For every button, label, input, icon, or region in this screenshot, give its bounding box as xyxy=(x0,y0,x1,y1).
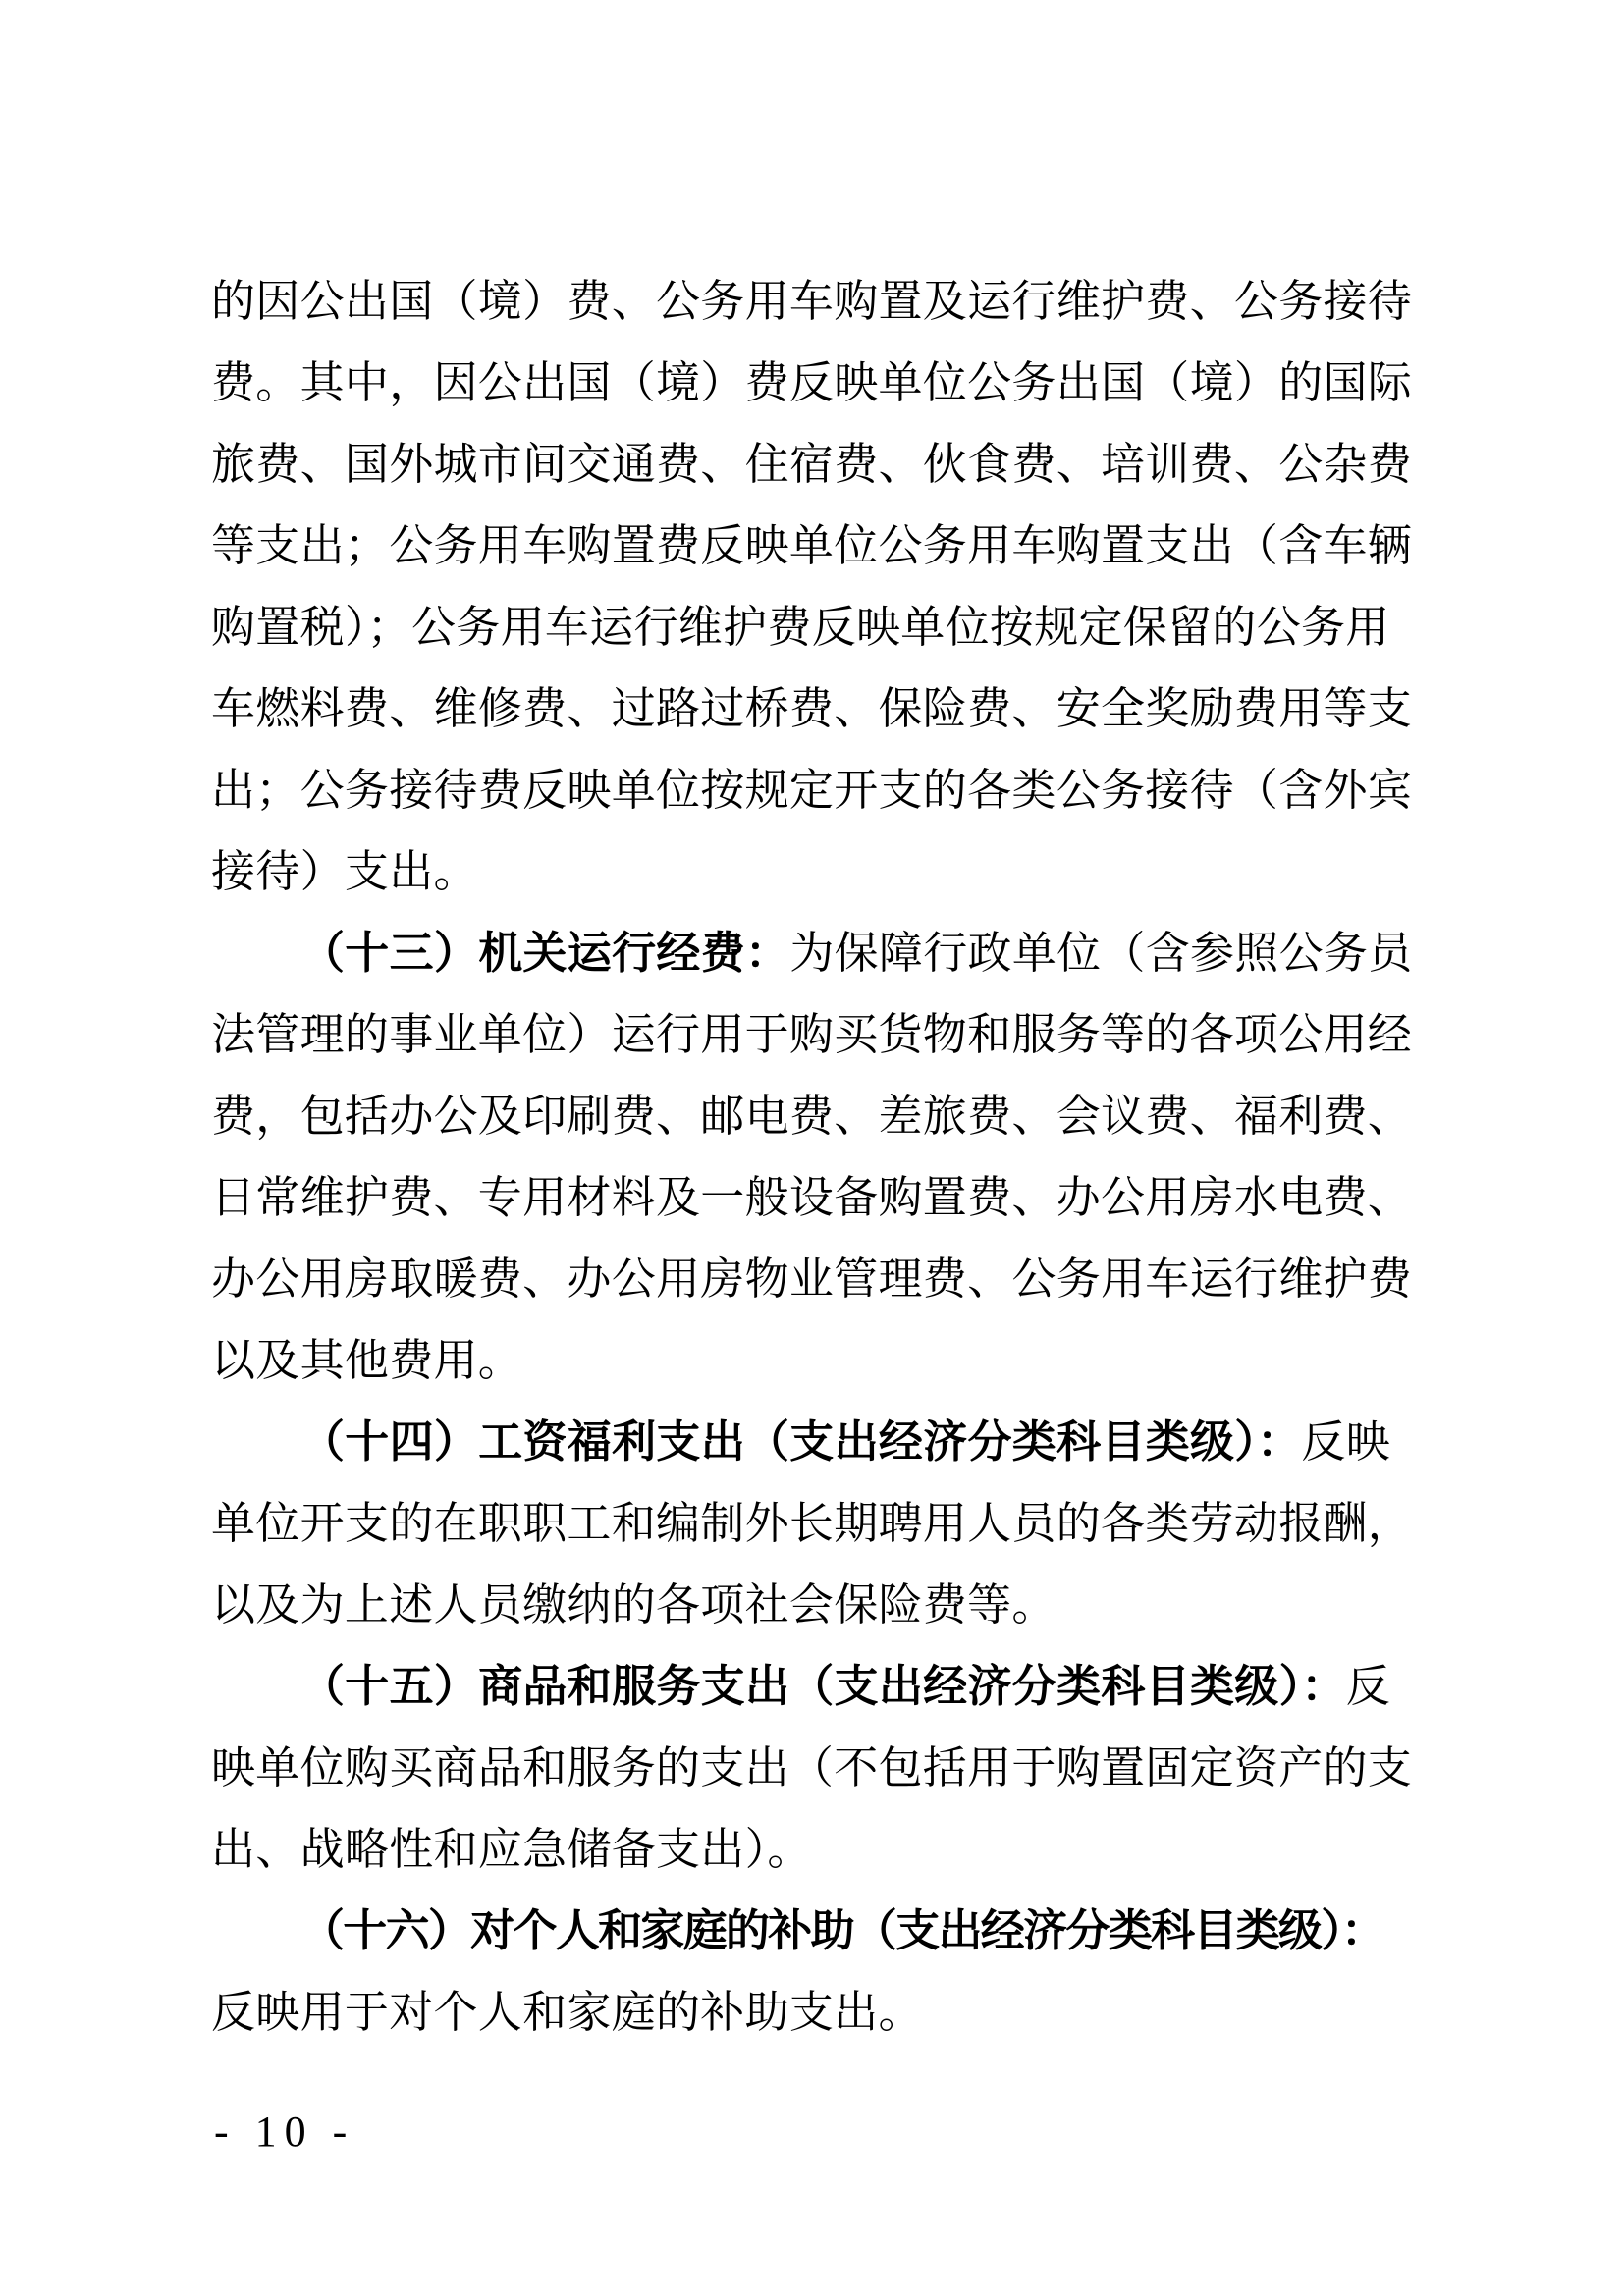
body-text-run: 购置税）；公务用车运行维护费反映单位按规定保留的公务用 xyxy=(211,603,1390,652)
text-line: 购置税）；公务用车运行维护费反映单位按规定保留的公务用 xyxy=(211,587,1415,668)
document-body: 的因公出国（境）费、公务用车购置及运行维护费、公务接待费。其中，因公出国（境）费… xyxy=(211,261,1415,2054)
body-text-run: 反 xyxy=(1346,1662,1390,1711)
text-line: （十三）机关运行经费：为保障行政单位（含参照公务员 xyxy=(211,913,1415,994)
text-line: 的因公出国（境）费、公务用车购置及运行维护费、公务接待 xyxy=(211,261,1415,343)
body-text-run: 法管理的事业单位）运行用于购买货物和服务等的各项公用经 xyxy=(211,1010,1412,1059)
body-text-run: 出；公务接待费反映单位按规定开支的各类公务接待（含外宾 xyxy=(211,766,1412,815)
text-line: 出、战略性和应急储备支出）。 xyxy=(211,1809,1415,1891)
body-text-run: 反映用于对个人和家庭的补助支出。 xyxy=(211,1988,923,2037)
body-text-run: 等支出；公务用车购置费反映单位公务用车购置支出（含车辆 xyxy=(211,521,1412,570)
body-text-run: 映单位购买商品和服务的支出（不包括用于购置固定资产的支 xyxy=(211,1743,1412,1792)
body-text-run: 日常维护费、专用材料及一般设备购置费、办公用房水电费、 xyxy=(211,1173,1412,1222)
text-line: 车燃料费、维修费、过路过桥费、保险费、安全奖励费用等支 xyxy=(211,668,1415,750)
body-text-run: 反映 xyxy=(1301,1417,1390,1467)
text-line: 费。其中，因公出国（境）费反映单位公务出国（境）的国际 xyxy=(211,343,1415,424)
text-line: （十四）工资福利支出（支出经济分类科目类级）：反映 xyxy=(211,1402,1415,1483)
body-text-run: 车燃料费、维修费、过路过桥费、保险费、安全奖励费用等支 xyxy=(211,684,1412,733)
body-text-run: 的因公出国（境）费、公务用车购置及运行维护费、公务接待 xyxy=(211,277,1412,326)
text-line: 等支出；公务用车购置费反映单位公务用车购置支出（含车辆 xyxy=(211,506,1415,587)
heading-text: （十六）对个人和家庭的补助（支出经济分类科目类级）： xyxy=(300,1906,1383,1955)
text-line: 反映用于对个人和家庭的补助支出。 xyxy=(211,1972,1415,2054)
heading-text: （十四）工资福利支出（支出经济分类科目类级）： xyxy=(300,1417,1301,1467)
body-text-run: 为保障行政单位（含参照公务员 xyxy=(789,929,1412,978)
page-number: - 10 - xyxy=(214,2110,354,2154)
text-line: 以及为上述人员缴纳的各项社会保险费等。 xyxy=(211,1565,1415,1646)
heading-text: （十五）商品和服务支出（支出经济分类科目类级）： xyxy=(300,1662,1346,1711)
body-text-run: 接待）支出。 xyxy=(211,847,478,896)
text-line: 办公用房取暖费、办公用房物业管理费、公务用车运行维护费 xyxy=(211,1239,1415,1320)
body-text-run: 以及为上述人员缴纳的各项社会保险费等。 xyxy=(211,1580,1056,1629)
text-line: 出；公务接待费反映单位按规定开支的各类公务接待（含外宾 xyxy=(211,750,1415,831)
text-line: 费，包括办公及印刷费、邮电费、差旅费、会议费、福利费、 xyxy=(211,1076,1415,1157)
text-line: 以及其他费用。 xyxy=(211,1320,1415,1402)
heading-text: （十三）机关运行经费： xyxy=(300,929,789,978)
body-text-run: 出、战略性和应急储备支出）。 xyxy=(211,1825,812,1874)
text-line: （十六）对个人和家庭的补助（支出经济分类科目类级）： xyxy=(211,1891,1415,1972)
text-line: 旅费、国外城市间交通费、住宿费、伙食费、培训费、公杂费 xyxy=(211,424,1415,506)
text-line: 法管理的事业单位）运行用于购买货物和服务等的各项公用经 xyxy=(211,994,1415,1076)
text-line: 单位开支的在职职工和编制外长期聘用人员的各类劳动报酬， xyxy=(211,1483,1415,1565)
text-line: 映单位购买商品和服务的支出（不包括用于购置固定资产的支 xyxy=(211,1728,1415,1809)
body-text-run: 费。其中，因公出国（境）费反映单位公务出国（境）的国际 xyxy=(211,358,1412,407)
document-page: 的因公出国（境）费、公务用车购置及运行维护费、公务接待费。其中，因公出国（境）费… xyxy=(0,0,1624,2296)
body-text-run: 办公用房取暖费、办公用房物业管理费、公务用车运行维护费 xyxy=(211,1255,1412,1304)
text-line: 接待）支出。 xyxy=(211,831,1415,913)
text-line: （十五）商品和服务支出（支出经济分类科目类级）：反 xyxy=(211,1646,1415,1728)
body-text-run: 旅费、国外城市间交通费、住宿费、伙食费、培训费、公杂费 xyxy=(211,440,1412,489)
body-text-run: 以及其他费用。 xyxy=(211,1336,522,1385)
text-line: 日常维护费、专用材料及一般设备购置费、办公用房水电费、 xyxy=(211,1157,1415,1239)
body-text-run: 费，包括办公及印刷费、邮电费、差旅费、会议费、福利费、 xyxy=(211,1092,1412,1141)
body-text-run: 单位开支的在职职工和编制外长期聘用人员的各类劳动报酬， xyxy=(211,1499,1412,1548)
